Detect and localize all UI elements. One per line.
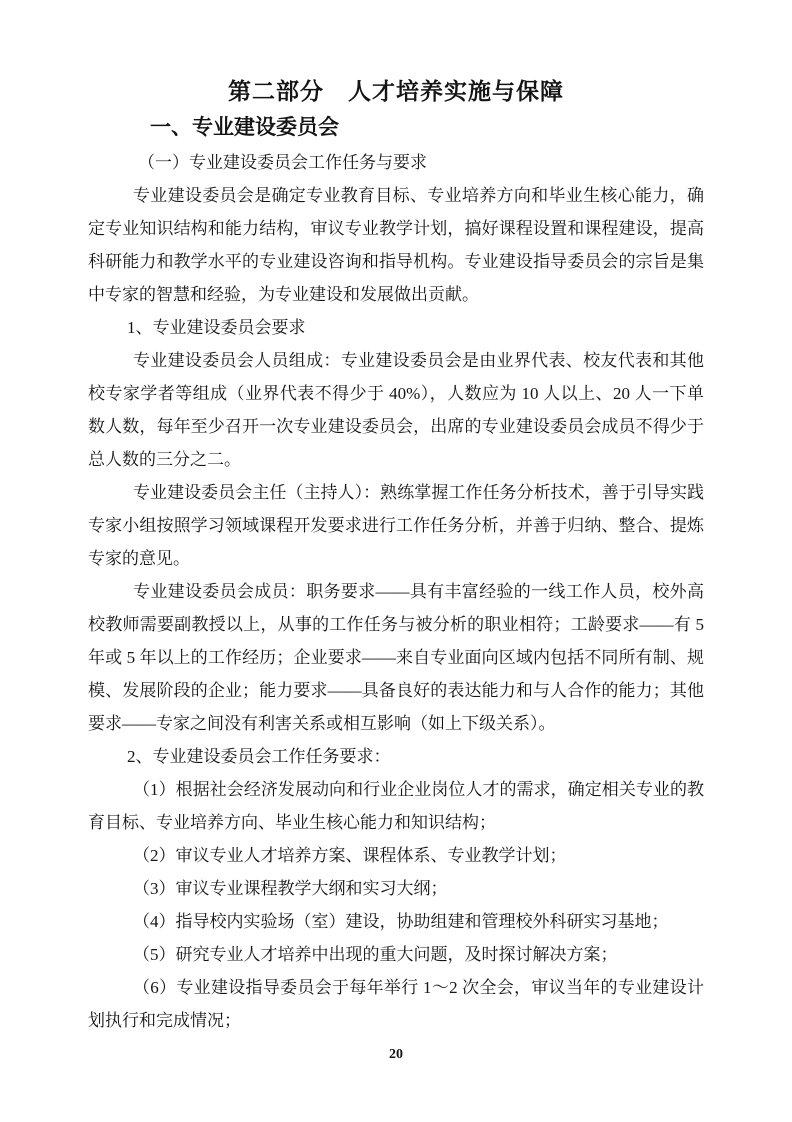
numbered-list-item: （1）根据社会经济发展动向和行业企业岗位人才的需求，确定相关专业的教育目标、专业…	[88, 773, 704, 839]
section-heading: 一、专业建设委员会	[150, 112, 704, 144]
body-paragraph: 专业建设委员会是确定专业教育目标、专业培养方向和毕业生核心能力，确定专业知识结构…	[88, 179, 704, 311]
document-title: 第二部分 人才培养实施与保障	[88, 76, 704, 106]
subsection-heading: （一）专业建设委员会工作任务与要求	[88, 146, 704, 179]
document-page: 第二部分 人才培养实施与保障 一、专业建设委员会 （一）专业建设委员会工作任务与…	[0, 0, 792, 1122]
body-paragraph: 专业建设委员会人员组成：专业建设委员会是由业界代表、校友代表和其他校专家学者等组…	[88, 344, 704, 476]
numbered-list-item: （5）研究专业人才培养中出现的重大问题，及时探讨解决方案；	[88, 938, 704, 971]
numbered-list-item: （2）审议专业人才培养方案、课程体系、专业教学计划；	[88, 839, 704, 872]
body-paragraph: 专业建设委员会主任（主持人）：熟练掌握工作任务分析技术，善于引导实践专家小组按照…	[88, 476, 704, 575]
numbered-list-item: （6）专业建设指导委员会于每年举行 1～2 次全会，审议当年的专业建设计划执行和…	[88, 971, 704, 1037]
numbered-list-item: （3）审议专业课程教学大纲和实习大纲；	[88, 872, 704, 905]
numbered-list-item: （4）指导校内实验场（室）建设，协助组建和管理校外科研实习基地；	[88, 905, 704, 938]
numbered-subheading: 1、专业建设委员会要求	[88, 311, 704, 344]
body-paragraph: 专业建设委员会成员：职务要求——具有丰富经验的一线工作人员，校外高校教师需要副教…	[88, 575, 704, 740]
page-number: 20	[0, 1046, 792, 1064]
numbered-subheading: 2、专业建设委员会工作任务要求：	[88, 740, 704, 773]
